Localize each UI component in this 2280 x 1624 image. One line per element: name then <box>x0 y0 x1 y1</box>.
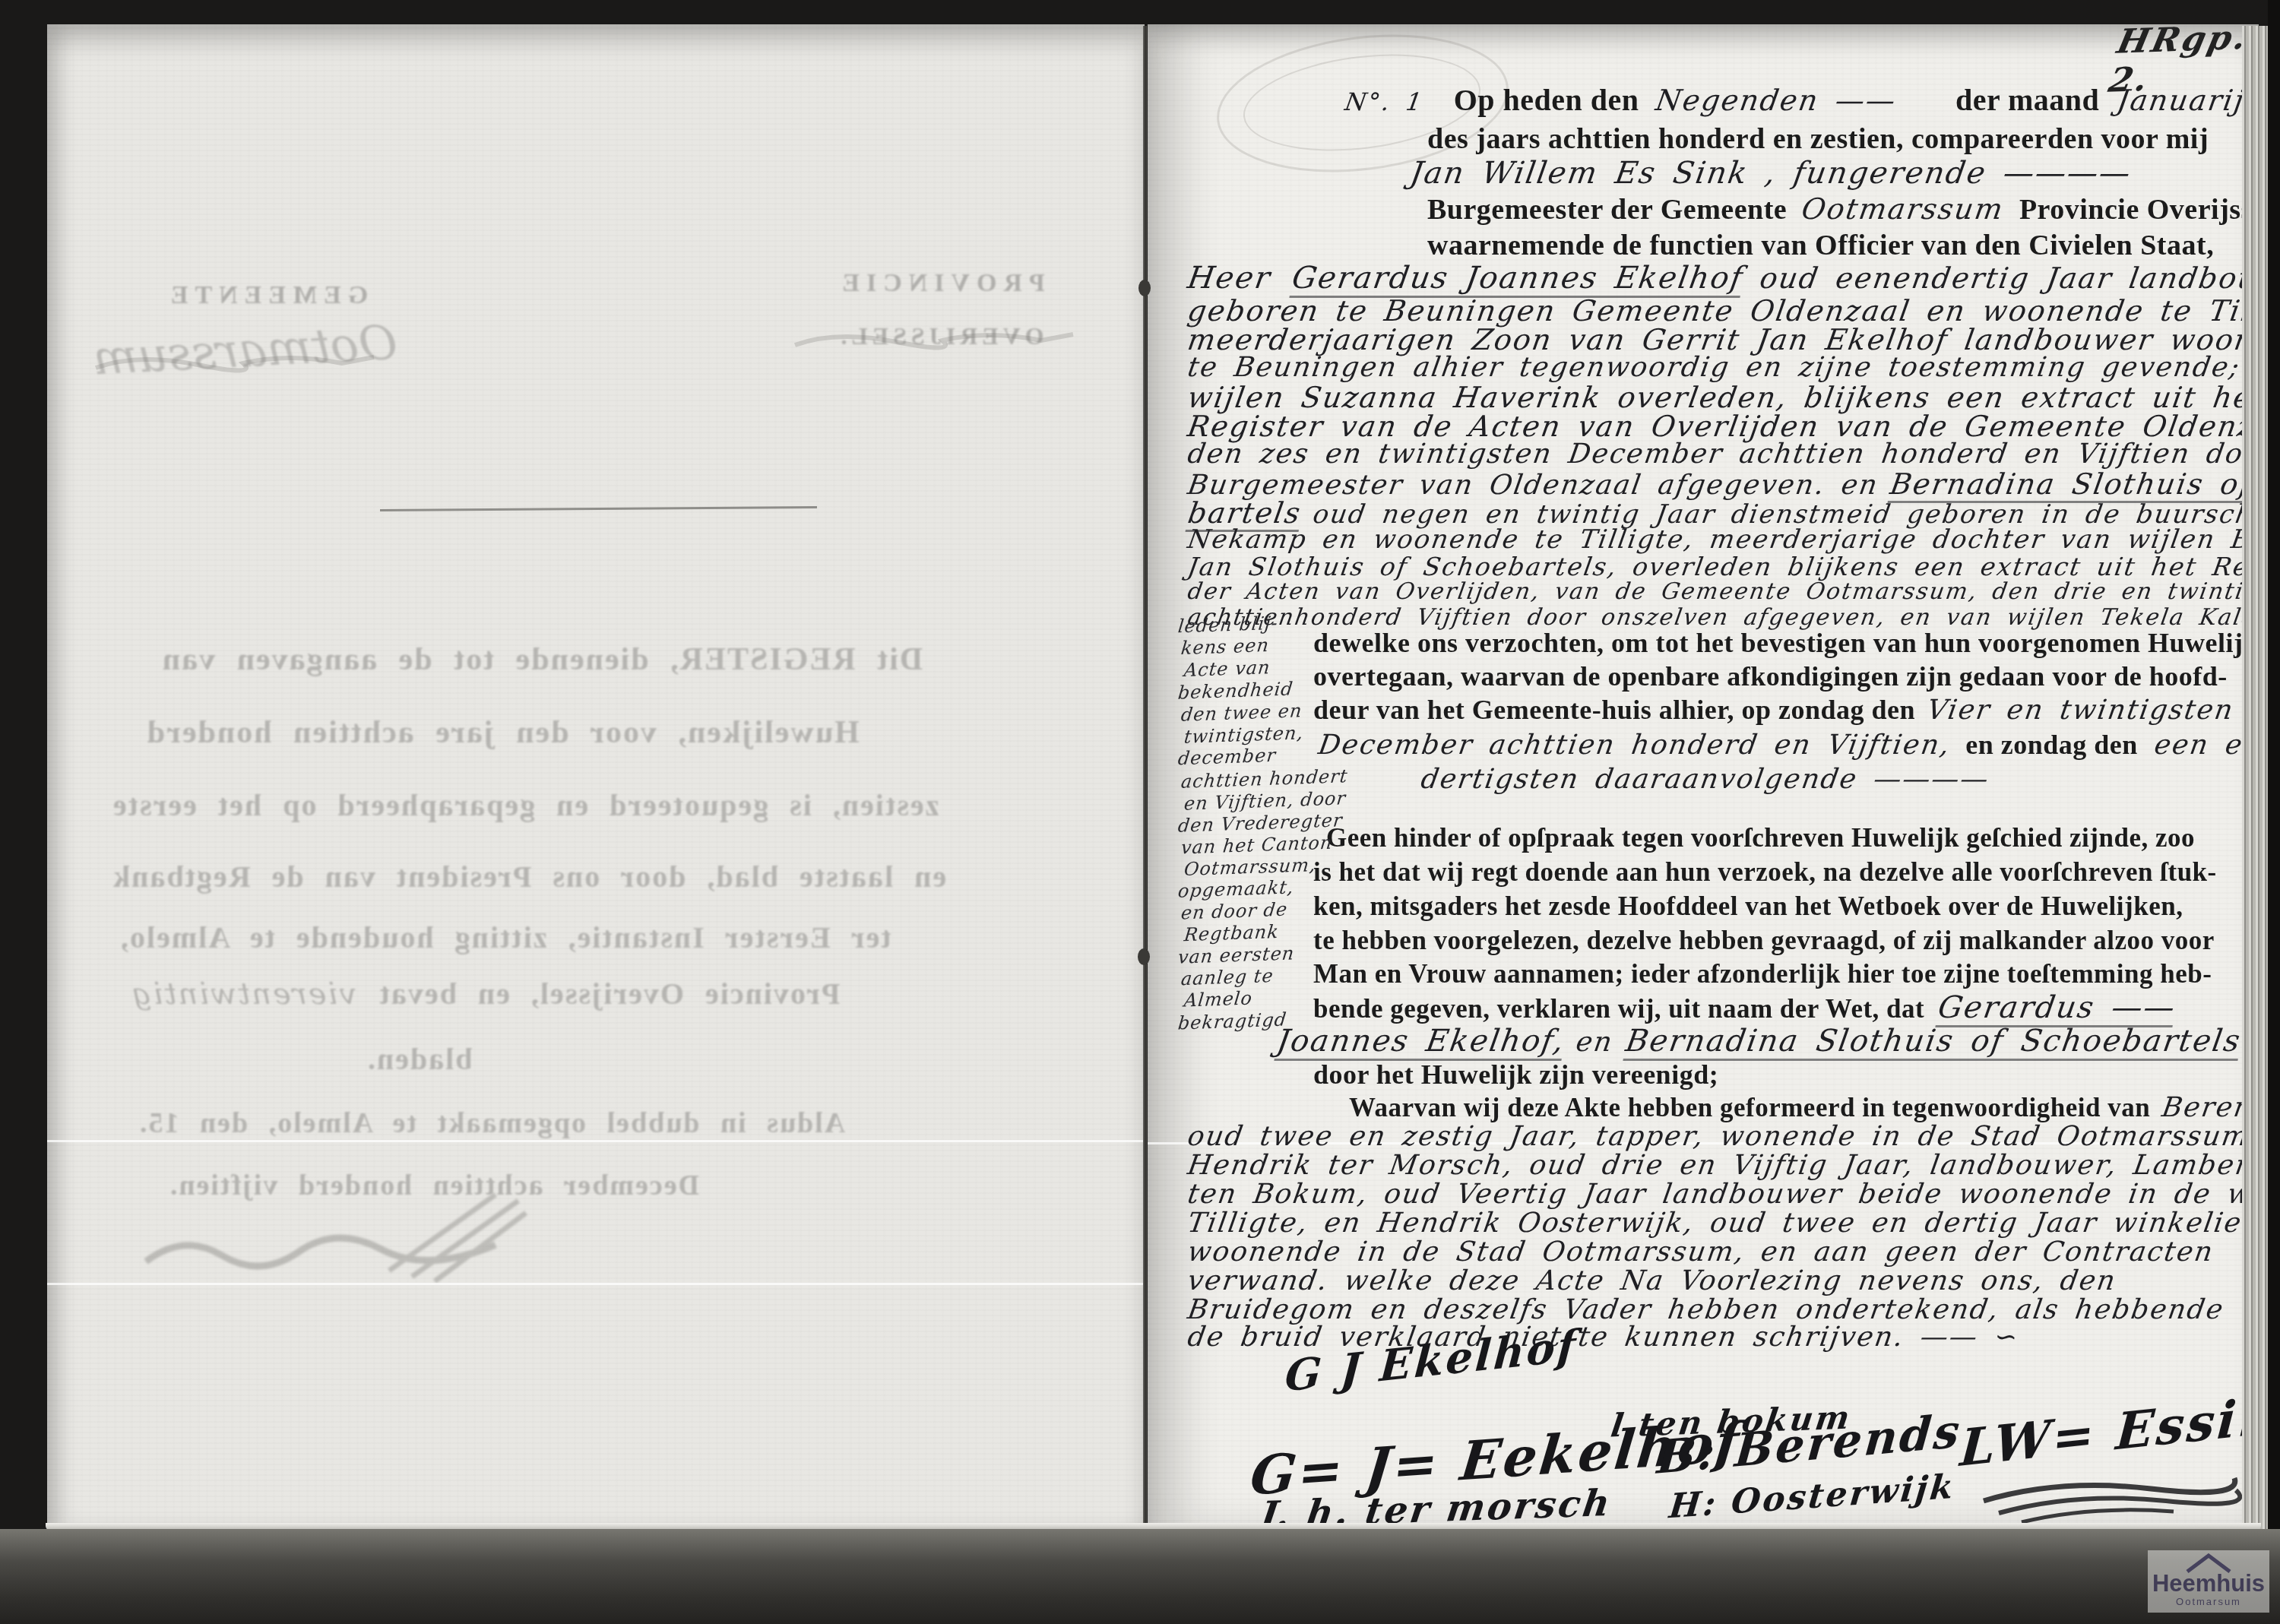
handwritten-text: Joannes Ekelhof, <box>1274 1026 1567 1061</box>
bleedthrough-line: zestien, is gequoteerd en geparapheerd o… <box>112 787 939 823</box>
printed-text: overtegaan, waarvan de openbare afkondig… <box>1313 661 2228 692</box>
margin-note-line: twintigsten, <box>1183 722 1305 748</box>
scan-background <box>2268 0 2280 1624</box>
bleedthrough-text: Aldus in dubbel opgemaakt te Almelo, den… <box>138 1107 845 1139</box>
handwritten-text: Tilligte, en Hendrik Oosterwijk, oud twe… <box>1186 1210 2259 1237</box>
archival-annotation: HRgp. 2. <box>2105 17 2280 100</box>
act-line: is het dat wij regt doende aan hun verzo… <box>1313 859 2217 885</box>
heemhuis-watermark: Heemhuis Ootmarsum <box>2148 1550 2269 1613</box>
handwritten-text: woonende in de Stad Ootmarssum, en aan g… <box>1186 1239 2215 1266</box>
printed-text: ken, mitsgaders het zesde Hoofddeel van … <box>1313 891 2183 921</box>
act-line: Register van de Acten van Overlijden van… <box>1188 412 2280 441</box>
handwritten-text: achttienhonderd Vijftien door onszelven … <box>1186 606 2280 629</box>
printed-text: te hebben voorgelezen, dezelve hebben ge… <box>1313 926 2215 955</box>
bleedthrough-text: en laatste blad, door ons President van … <box>112 859 946 894</box>
act-line: achttienhonderd Vijftien door onszelven … <box>1188 606 2280 629</box>
act-line: Jan Willem Es Sink , fungerende ———— <box>1411 158 2131 188</box>
margin-note-line: den twee en <box>1180 700 1303 726</box>
act-line: te Beuningen alhier tegenwoordig en zijn… <box>1188 354 2280 381</box>
act-line: Bruidegom en deszelfs Vader hebben onder… <box>1188 1296 2224 1324</box>
bleedthrough-text: bladen. <box>366 1042 473 1076</box>
act-line: Hendrik ter Morsch, oud drie en Vijftig … <box>1188 1152 2263 1179</box>
printed-text: Waarvan wij deze Akte hebben geformeerd … <box>1349 1093 2150 1122</box>
act-line: HeerGerardus Joannes Ekelhofoud eenender… <box>1188 263 2280 298</box>
act-line: meerderjaarigen Zoon van Gerrit Jan Ekel… <box>1188 325 2280 354</box>
watermark-subtitle: Ootmarsum <box>2176 1597 2241 1607</box>
bleedthrough-underline-flourish <box>790 328 1079 356</box>
bleedthrough-line: Huwelijken, voor den jare achttien honde… <box>146 714 860 751</box>
bleedthrough-line: Provincie Overijssel, en bevat vierentwi… <box>131 976 841 1011</box>
act-line: overtegaan, waarvan de openbare afkondig… <box>1313 663 2228 690</box>
act-line: dertigsten daaraanvolgende ———— <box>1421 766 1990 793</box>
margin-note-line: Acte van <box>1183 657 1271 681</box>
act-line: der Acten van Overlijden, van de Gemeent… <box>1188 581 2280 603</box>
act-line: wijlen Suzanna Haverink overleden, blijk… <box>1188 383 2266 412</box>
act-line: waarnemende de functien van Officier van… <box>1427 231 2214 260</box>
handwritten-text: oud negen en twintig Jaar dienstmeid geb… <box>1311 502 2280 527</box>
printed-text: is het dat wij regt doende aan hun verzo… <box>1313 857 2217 887</box>
handwritten-text: Hendrik ter Morsch, oud drie en Vijftig … <box>1186 1152 2265 1179</box>
binding-thread <box>1143 26 1147 1529</box>
paper-texture <box>47 24 1145 1529</box>
handwritten-text: geboren te Beuningen Gemeente Oldenzaal … <box>1186 296 2280 325</box>
handwritten-text: ten Bokum, oud Veertig Jaar landbouwer b… <box>1186 1181 2280 1208</box>
margin-note-line: december <box>1177 745 1278 770</box>
bleedthrough-provincie-label: PROVINCIE <box>803 269 1077 298</box>
margin-note-line: van eersten <box>1177 942 1296 967</box>
act-line: ten Bokum, oud Veertig Jaar landbouwer b… <box>1188 1181 2280 1208</box>
act-line: Tilligte, en Hendrik Oosterwijk, oud twe… <box>1188 1210 2256 1237</box>
handwritten-text: Bernadina Slothuis of Schoebartels <box>1623 1026 2243 1061</box>
printed-text: Man en Vrouw aannamen; ieder afzonderlij… <box>1313 959 2212 989</box>
margin-note-line: bekendheid <box>1177 678 1295 703</box>
act-line: Jan Slothuis of Schoebartels, overleden … <box>1188 554 2280 579</box>
act-line: December achttien honderd en Vijftien,en… <box>1319 731 2280 759</box>
bleedthrough-line: en laatste blad, door ons President van … <box>112 859 946 894</box>
act-line: den zes en twintigsten December achttien… <box>1188 441 2280 468</box>
act-line: Geen hinder of opſpraak tegen voorſchrev… <box>1326 825 2195 851</box>
act-line: ken, mitsgaders het zesde Hoofddeel van … <box>1313 893 2183 920</box>
bleedthrough-line: Aldus in dubbel opgemaakt te Almelo, den… <box>138 1106 845 1140</box>
margin-note-line: aanleg te <box>1180 965 1275 989</box>
act-line: verwand. welke deze Acte Na Voorlezing n… <box>1188 1268 2117 1295</box>
act-line: Joannes Ekelhof,enBernadina Slothuis of … <box>1277 1026 2240 1061</box>
signature-flourish <box>1968 1455 2242 1524</box>
handwritten-text: Burgemeester van Oldenzaal afgegeven. en <box>1186 472 1880 499</box>
printed-text: deur van het Gemeente-huis alhier, op zo… <box>1313 695 1915 725</box>
printed-text: dewelke ons verzochten, om tot het beves… <box>1313 628 2259 658</box>
margin-note-line: kens een <box>1180 635 1271 659</box>
bleedthrough-text: Huwelijken, voor den jare achttien honde… <box>146 715 860 750</box>
margin-note-line: Almelo <box>1183 987 1254 1011</box>
margin-note-line: en door de <box>1180 898 1289 923</box>
act-line: Man en Vrouw aannamen; ieder afzonderlij… <box>1313 961 2212 987</box>
handwritten-text: Gerardus —— <box>1936 992 2179 1027</box>
handwritten-text: Ootmarssum <box>1800 195 2006 223</box>
printed-text: bende gegeven, verklaren wij, uit naam d… <box>1313 994 1924 1024</box>
margin-note-line: opgemaakt, <box>1177 876 1295 901</box>
ink-line-bleedthrough <box>380 506 817 511</box>
handwritten-text: de bruid verklaard niet te kunnen schrij… <box>1186 1324 2021 1351</box>
act-line: te hebben voorgelezen, dezelve hebben ge… <box>1313 927 2215 954</box>
act-line: Nekamp en woonende te Tilligte, meerderj… <box>1188 527 2280 552</box>
printed-text: Op heden den <box>1454 83 1639 117</box>
bleedthrough-text: Dit REGISTER, dienende tot de aangaven v… <box>161 642 923 677</box>
handwritten-text: meerderjaarigen Zoon van Gerrit Jan Ekel… <box>1186 325 2280 354</box>
printed-text: Provincie Overijssel, <box>2019 194 2280 226</box>
margin-note-line: Regtbank <box>1183 921 1281 945</box>
margin-note-line: leden blij- <box>1177 613 1280 638</box>
scan-artifact-line <box>47 1140 1145 1142</box>
document-scan: GEMEENTE Ootmarssum PROVINCIE OVERIJSSEL… <box>0 0 2280 1624</box>
handwritten-text: December achttien honderd en Vijftien, <box>1316 732 1952 759</box>
bleedthrough-handwriting: vierentwintig <box>131 977 378 1011</box>
act-line: deur van het Gemeente-huis alhier, op zo… <box>1313 696 2234 724</box>
bleedthrough-line: Dit REGISTER, dienende tot de aangaven v… <box>161 641 923 678</box>
bleedthrough-line: ter Eerster Instantie, zitting houdende … <box>119 920 891 955</box>
handwritten-text: Vier en twintigsten <box>1925 697 2236 724</box>
handwritten-text: Bruidegom en deszelfs Vader hebben onder… <box>1186 1296 2226 1324</box>
act-line: dewelke ons verzochten, om tot het beves… <box>1313 629 2259 657</box>
handwritten-text: Register van de Acten van Overlijden van… <box>1186 412 2280 441</box>
bleedthrough-underline-flourish <box>91 351 380 378</box>
bleedthrough-gemeente-label: GEMEENTE <box>137 281 395 310</box>
scan-background-band <box>0 1529 2280 1624</box>
binding-stitch <box>1138 280 1151 296</box>
handwritten-text: Jan Slothuis of Schoebartels, overleden … <box>1186 554 2280 579</box>
act-line: Waarvan wij deze Akte hebben geformeerd … <box>1349 1094 2280 1122</box>
bleedthrough-text: zestien, is gequoteerd en geparapheerd o… <box>112 788 939 822</box>
handwritten-text: der Acten van Overlijden, van de Gemeent… <box>1186 581 2280 603</box>
ghost-signature-flourish <box>138 1179 534 1293</box>
handwritten-text: Nekamp en woonende te Tilligte, meerderj… <box>1186 527 2280 552</box>
handwritten-text: wijlen Suzanna Haverink overleden, blijk… <box>1186 383 2268 412</box>
act-line: woonende in de Stad Ootmarssum, en aan g… <box>1188 1239 2214 1266</box>
act-line: bende gegeven, verklaren wij, uit naam d… <box>1313 992 2176 1027</box>
printed-text: en zondag den <box>1965 730 2138 760</box>
act-line: door het Huwelijk zijn vereenigd; <box>1313 1061 1718 1088</box>
printed-text: Burgemeester der Gemeente <box>1427 194 1787 226</box>
act-line: de bruid verklaard niet te kunnen schrij… <box>1188 1324 2019 1351</box>
handwritten-text: N°. 1 <box>1343 90 1425 114</box>
page-stack-edge <box>2242 26 2268 1538</box>
printed-text: Geen hinder of opſpraak tegen voorſchrev… <box>1326 823 2195 853</box>
margin-note-line: bekragtigd <box>1177 1008 1288 1034</box>
handwritten-text: Heer <box>1186 263 1274 293</box>
bleedthrough-line: bladen. <box>366 1041 473 1077</box>
handwritten-text: verwand. welke deze Acte Na Voorlezing n… <box>1186 1268 2118 1295</box>
act-line: oud twee en zestig Jaar, tapper, wonende… <box>1188 1123 2280 1151</box>
handwritten-text: oud twee en zestig Jaar, tapper, wonende… <box>1186 1123 2280 1151</box>
printed-text: door het Huwelijk zijn vereenigd; <box>1313 1059 1718 1090</box>
handwritten-text: oud eenendertig Jaar landbouwer <box>1758 264 2280 293</box>
binding-stitch <box>1138 948 1150 965</box>
bleedthrough-text: ter Eerster Instantie, zitting houdende … <box>119 920 891 954</box>
handwritten-text: Gerardus Joannes Ekelhof <box>1290 263 1746 298</box>
act-line: des jaars achttien honderd en zestien, c… <box>1427 125 2209 154</box>
handwritten-text: en <box>1574 1029 1615 1056</box>
act-line: Burgemeester der GemeenteOotmarssumProvi… <box>1427 195 2280 224</box>
printed-text: waarnemende de functien van Officier van… <box>1427 230 2214 261</box>
watermark-title: Heemhuis <box>2152 1572 2265 1595</box>
handwritten-text: Negenden —— <box>1654 86 1898 115</box>
handwritten-text: dertigsten daaraanvolgende ———— <box>1419 766 1991 793</box>
act-line: geboren te Beuningen Gemeente Oldenzaal … <box>1188 296 2280 325</box>
handwritten-text: den zes en twintigsten December achttien… <box>1186 441 2280 468</box>
printed-text: des jaars achttien honderd en zestien, c… <box>1427 123 2209 155</box>
handwritten-text: Jan Willem Es Sink , fungerende ———— <box>1408 158 2134 188</box>
left-page: GEMEENTE Ootmarssum PROVINCIE OVERIJSSEL… <box>47 24 1145 1529</box>
handwritten-text: te Beuningen alhier tegenwoordig en zijn… <box>1186 354 2280 381</box>
bleedthrough-text: Provincie Overijssel, en bevat <box>378 977 841 1011</box>
printed-text: der maand <box>1955 83 2099 117</box>
